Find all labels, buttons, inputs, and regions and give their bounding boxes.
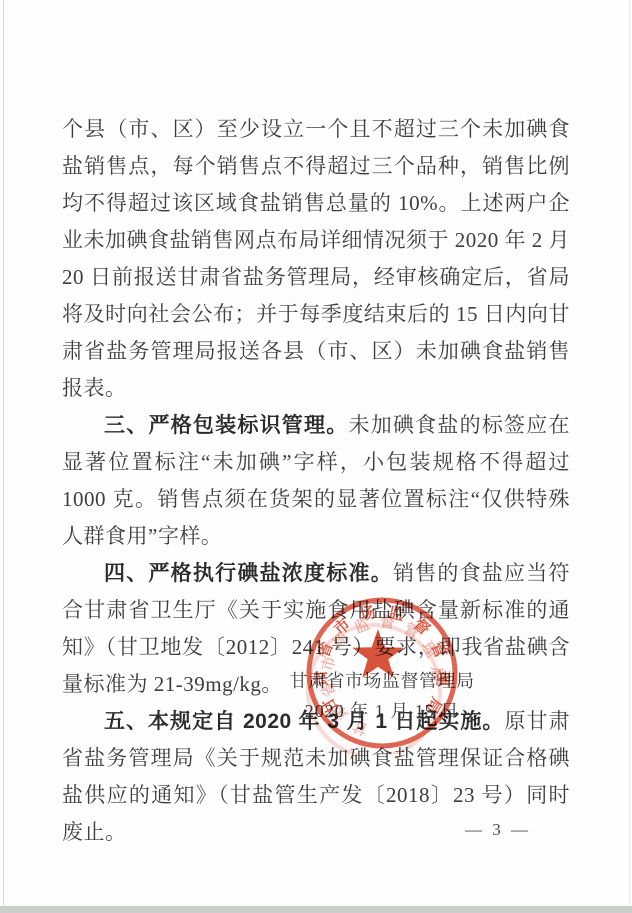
scan-edge-left [3, 0, 4, 913]
paragraph-continuation: 个县（市、区）至少设立一个且不超过三个未加碘食盐销售点，每个销售点不得超过三个品… [62, 111, 570, 407]
paragraph-text: 个县（市、区）至少设立一个且不超过三个未加碘食盐销售点，每个销售点不得超过三个品… [62, 117, 570, 400]
paragraph-item-3: 三、严格包装标识管理。未加碘食盐的标签应在显著位置标注“未加碘”字样，小包装规格… [62, 407, 570, 555]
scan-edge-bottom [0, 906, 632, 913]
signature-date: 2020 年 1 月 15 日 [262, 696, 502, 726]
scanned-document-page: 个县（市、区）至少设立一个且不超过三个未加碘食盐销售点，每个销售点不得超过三个品… [0, 0, 632, 913]
paragraph-lead: 四、严格执行碘盐浓度标准。 [104, 562, 393, 585]
paragraph-lead: 三、严格包装标识管理。 [104, 414, 348, 437]
page-number: — 3 — [443, 820, 553, 840]
signature-org: 甘肃省市场监督管理局 [262, 666, 502, 696]
document-body: 个县（市、区）至少设立一个且不超过三个未加碘食盐销售点，每个销售点不得超过三个品… [62, 111, 570, 851]
scan-edge-right [629, 0, 630, 913]
signature-block: 甘肃省市场监督管理局 2020 年 1 月 15 日 [262, 666, 502, 726]
